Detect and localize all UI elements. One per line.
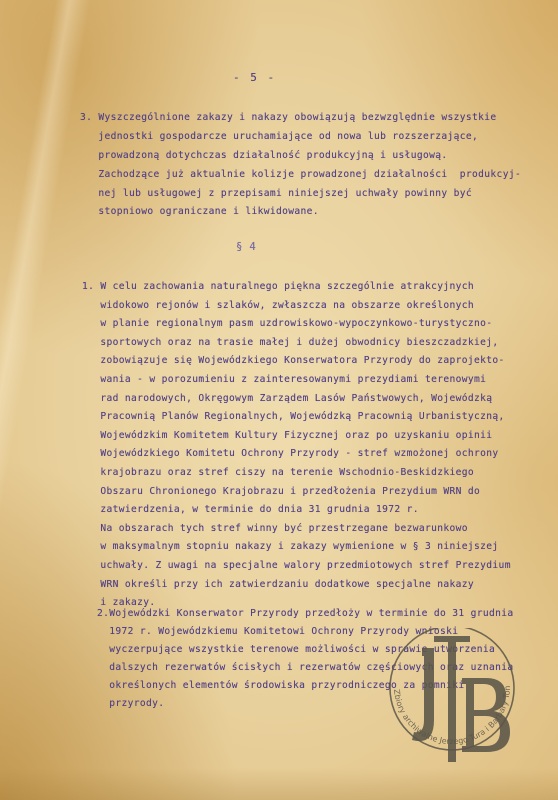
monogram-stamp-icon: Zbiory archiwalne Jerzego Tura i Barbary… [382, 628, 522, 778]
page-number: - 5 - [233, 72, 276, 83]
text-line: widokowo rejonów i szlaków, zwłaszcza na… [82, 301, 474, 311]
text-line: zobowiązuje się Wojewódzkiego Konserwato… [82, 356, 505, 366]
text-line: Obszaru Chronionego Krajobrazu i przedło… [82, 487, 480, 497]
text-line: jednostki gospodarcze uruchamiające od n… [80, 132, 478, 142]
text-line: i zakazy. [82, 598, 156, 608]
text-line: uchwały. Z uwagi na specjalne walory prz… [82, 561, 511, 571]
text-line: wania - w porozumieniu z zainteresowanym… [82, 375, 486, 385]
text-line: Pracownią Planów Regionalnych, Wojewódzk… [82, 412, 505, 422]
text-line: 1. W celu zachowania naturalnego piękna … [82, 282, 474, 292]
text-line: 3. Wyszczególnione zakazy i nakazy obowi… [80, 113, 497, 123]
text-line: Wojewódzkiego Komitetu Ochrony Przyrody … [82, 449, 499, 459]
text-line: prowadzoną dotychczas działalność produk… [80, 151, 448, 161]
text-line: krajobrazu oraz stref ciszy na terenie W… [82, 468, 474, 478]
text-line: Na obszarach tych stref winny być przest… [82, 524, 468, 534]
document-page: - 5 - 3. Wyszczególnione zakazy i nakazy… [0, 0, 558, 800]
text-line: 2.Wojewódzki Konserwator Przyrody przedł… [97, 609, 514, 619]
text-line: w maksymalnym stopniu nakazy i zakazy wy… [82, 542, 499, 552]
text-line: Wojewódzkim Komitetem Kultury Fizycznej … [82, 431, 492, 441]
archive-stamp: Zbiory archiwalne Jerzego Tura i Barbary… [382, 628, 522, 778]
text-line: Zachodzące już aktualnie kolizje prowadz… [80, 170, 521, 180]
svg-text:Zbiory archiwalne Jerzego Tura: Zbiory archiwalne Jerzego Tura i Barbary… [382, 628, 512, 746]
section-heading: § 4 [236, 242, 256, 253]
text-line: zatwierdzenia, w terminie do dnia 31 gru… [82, 505, 419, 515]
text-line: WRN określi przy ich zatwierdzaniu dodat… [82, 580, 474, 590]
text-line: nej lub usługowej z przepisami niniejsze… [80, 189, 472, 199]
text-line: stopniowo ograniczane i likwidowane. [80, 207, 319, 217]
stamp-circular-text: Zbiory archiwalne Jerzego Tura i Barbary… [382, 628, 512, 746]
text-line: sportowych oraz na trasie małej i dużej … [82, 338, 499, 348]
text-line: przyrody. [97, 699, 164, 709]
text-line: w planie regionalnym pasm uzdrowiskowo-w… [82, 319, 492, 329]
text-line: rad narodowych, Okręgowym Zarządem Lasów… [82, 394, 492, 404]
